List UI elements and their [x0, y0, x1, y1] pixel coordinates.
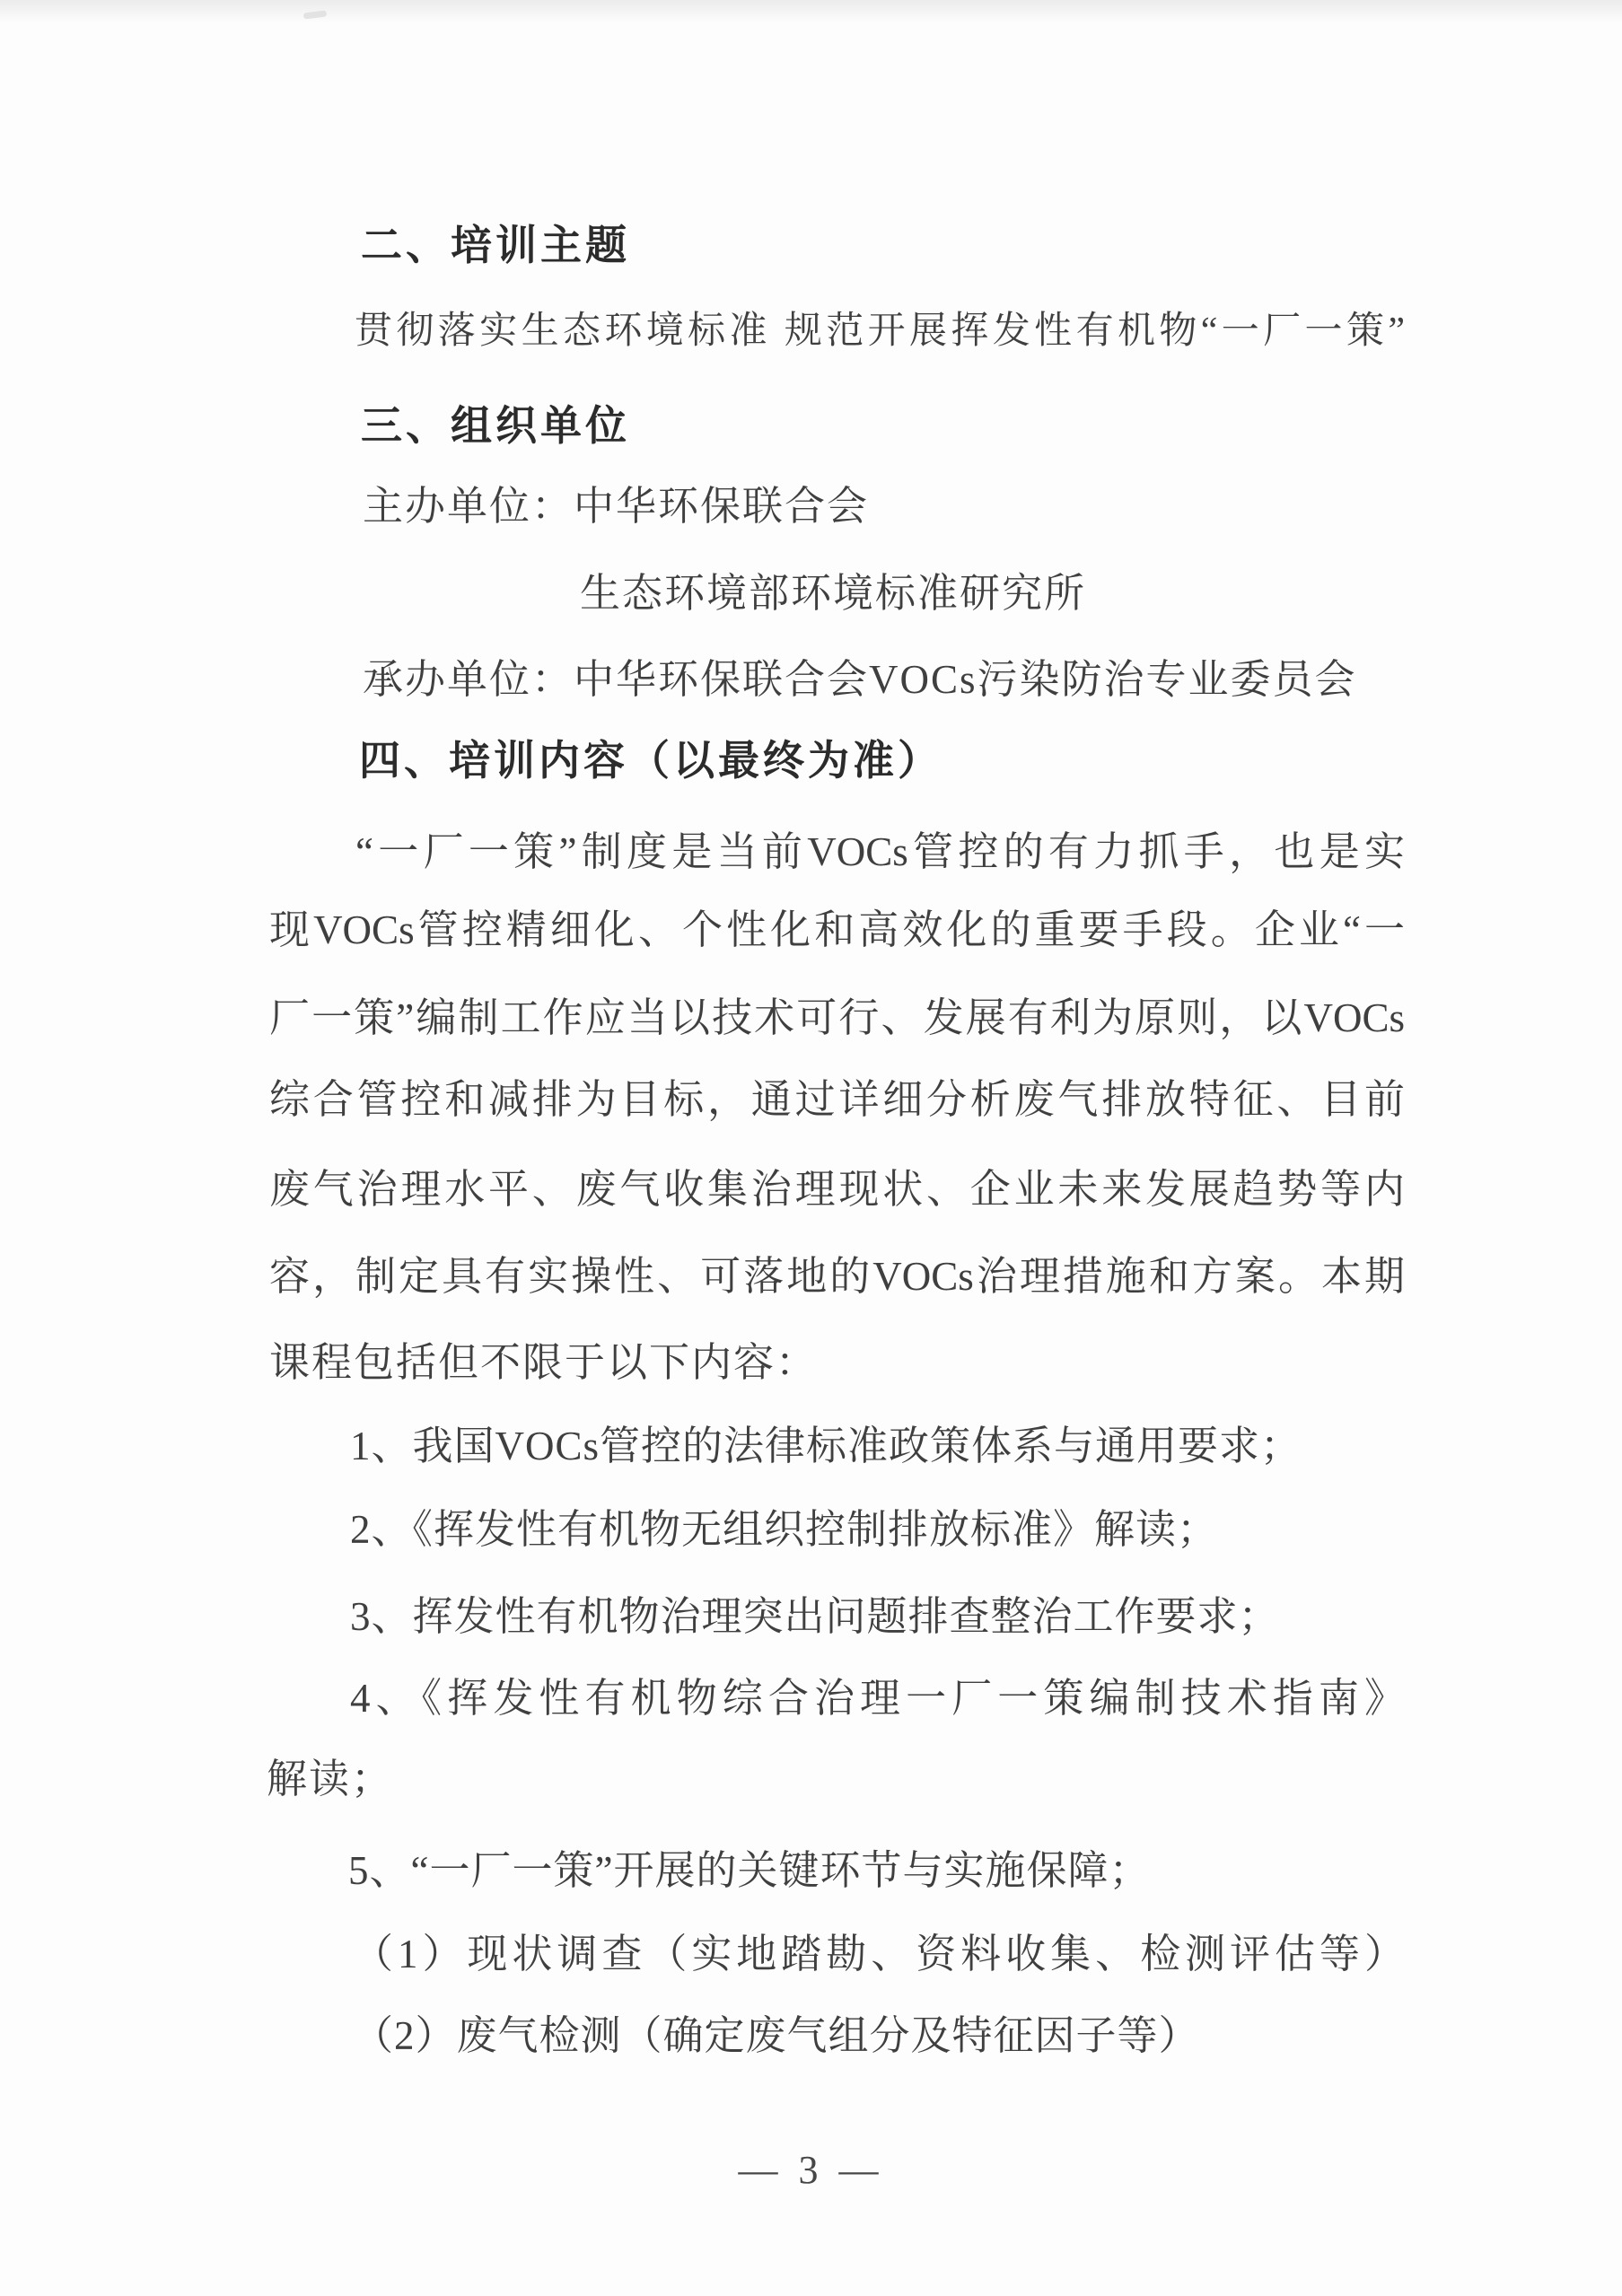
- content-paragraph-line: 课程包括但不限于以下内容：: [269, 1339, 818, 1387]
- training-theme-line: 贯彻落实生态环境标准 规范开展挥发性有机物“一厂一策”: [355, 310, 1405, 355]
- content-list-item: 2、《挥发性有机物无组织控制排放标准》解读；: [350, 1506, 1218, 1554]
- section-heading-training-theme: 二、培训主题: [361, 222, 630, 270]
- content-list-item: 4、《挥发性有机物综合治理一厂一策编制技术指南》: [350, 1675, 1405, 1722]
- content-paragraph-line: 综合管控和减排为目标，通过详细分析废气排放特征、目前: [269, 1076, 1405, 1124]
- content-list-item: 5、“一厂一策”开展的关键环节与实施保障；: [348, 1847, 1150, 1895]
- scan-smudge-mark: [303, 10, 328, 19]
- content-list-item: 3、挥发性有机物治理突出问题排查整治工作要求；: [350, 1593, 1280, 1641]
- content-list-item-continuation: 解读；: [267, 1756, 393, 1803]
- document-page: 二、培训主题 贯彻落实生态环境标准 规范开展挥发性有机物“一厂一策” 三、组织单…: [0, 0, 1622, 2296]
- content-sub-item: （1）现状调查（实地踏勘、资料收集、检测评估等）: [353, 1931, 1405, 1978]
- section-heading-training-content: 四、培训内容（以最终为准）: [359, 737, 943, 785]
- content-paragraph-line: 现VOCs管控精细化、个性化和高效化的重要手段。企业“一: [269, 907, 1405, 954]
- content-list-item: 1、我国VOCs管控的法律标准政策体系与通用要求；: [350, 1423, 1302, 1470]
- content-paragraph-line: 容，制定具有实操性、可落地的VOCs治理措施和方案。本期: [269, 1253, 1405, 1301]
- section-heading-organizers: 三、组织单位: [361, 402, 630, 451]
- host-unit-line: 主办单位：中华环保联合会: [363, 483, 869, 530]
- host-unit-line-2: 生态环境部环境标准研究所: [580, 570, 1086, 618]
- undertaker-unit-line: 承办单位：中华环保联合会VOCs污染防治专业委员会: [363, 656, 1357, 704]
- content-sub-item: （2）废气检测（确定废气组分及特征因子等）: [353, 2012, 1200, 2060]
- page-number: — 3 —: [0, 2147, 1622, 2193]
- content-paragraph-line: 废气治理水平、废气收集治理现状、企业未来发展趋势等内: [269, 1166, 1405, 1214]
- content-paragraph-line: “一厂一策”制度是当前VOCs管控的有力抓手，也是实: [269, 828, 1405, 876]
- content-paragraph-line: 厂一策”编制工作应当以技术可行、发展有利为原则，以VOCs: [269, 995, 1405, 1042]
